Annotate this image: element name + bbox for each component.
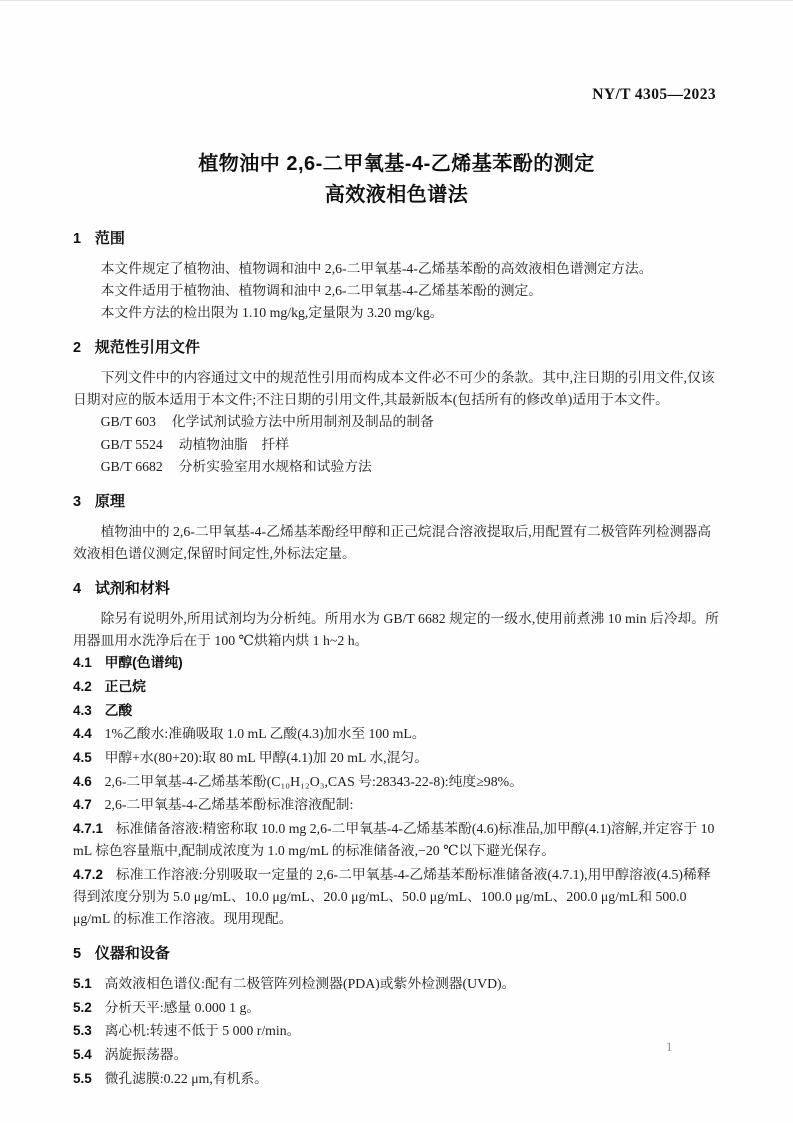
reference-code: GB/T 5524 bbox=[101, 437, 163, 452]
clause-text: 分析天平:感量 0.000 1 g。 bbox=[105, 1000, 261, 1015]
section-title: 规范性引用文件 bbox=[95, 339, 200, 356]
clause-item: 4.7.1标准储备溶液:精密称取 10.0 mg 2,6-二甲氧基-4-乙烯基苯… bbox=[73, 818, 723, 862]
clause-text: 2,6-二甲氧基-4-乙烯基苯酚标准溶液配制: bbox=[105, 797, 354, 812]
clause-item: 4.72,6-二甲氧基-4-乙烯基苯酚标准溶液配制: bbox=[73, 794, 723, 816]
clause-text: 标准工作溶液:分别吸取一定量的 2,6-二甲氧基-4-乙烯基苯酚标准储备液(4.… bbox=[73, 867, 711, 926]
section-number: 1 bbox=[73, 231, 81, 247]
reference-title: 化学试剂试验方法中所用制剂及制品的制备 bbox=[172, 414, 434, 429]
clause-number: 4.1 bbox=[73, 655, 92, 670]
clause-item: 4.2正己烷 bbox=[73, 676, 723, 698]
clause-number: 5.5 bbox=[73, 1071, 92, 1086]
clause-number: 4.7.2 bbox=[73, 867, 103, 882]
section-title: 仪器和设备 bbox=[95, 945, 170, 962]
clause-text: 标准储备溶液:精密称取 10.0 mg 2,6-二甲氧基-4-乙烯基苯酚(4.6… bbox=[73, 821, 714, 858]
paragraph: 除另有说明外,所用试剂均为分析纯。所用水为 GB/T 6682 规定的一级水,使… bbox=[73, 608, 723, 652]
clause-item: 4.1甲醇(色谱纯) bbox=[73, 652, 723, 674]
doc-content: 1范围本文件规定了植物油、植物调和油中 2,6-二甲氧基-4-乙烯基苯酚的高效液… bbox=[73, 218, 723, 1091]
clause-text: 乙酸 bbox=[105, 703, 133, 718]
reference-item: GB/T 6682分析实验室用水规格和试验方法 bbox=[73, 456, 723, 478]
clause-text: 高效液相色谱仪:配有二极管阵列检测器(PDA)或紫外检测器(UVD)。 bbox=[105, 976, 516, 991]
section-heading: 5仪器和设备 bbox=[73, 944, 723, 964]
standard-number: NY/T 4305—2023 bbox=[592, 86, 716, 104]
clause-text: 微孔滤膜:0.22 μm,有机系。 bbox=[105, 1071, 268, 1086]
document-page: NY/T 4305—2023 植物油中 2,6-二甲氧基-4-乙烯基苯酚的测定 … bbox=[0, 0, 793, 1123]
clause-number: 5.4 bbox=[73, 1047, 92, 1062]
clause-number: 4.7 bbox=[73, 797, 92, 812]
reference-title: 分析实验室用水规格和试验方法 bbox=[179, 459, 372, 474]
section-number: 3 bbox=[73, 494, 81, 510]
section-number: 4 bbox=[73, 581, 81, 597]
clause-number: 4.5 bbox=[73, 750, 92, 765]
reference-item: GB/T 603化学试剂试验方法中所用制剂及制品的制备 bbox=[73, 411, 723, 433]
section-heading: 3原理 bbox=[73, 492, 723, 512]
paragraph: 本文件方法的检出限为 1.10 mg/kg,定量限为 3.20 mg/kg。 bbox=[73, 302, 723, 324]
clause-item: 4.62,6-二甲氧基-4-乙烯基苯酚(C₁₀H₁₂O₃,CAS 号:28343… bbox=[73, 771, 723, 793]
clause-item: 5.1高效液相色谱仪:配有二极管阵列检测器(PDA)或紫外检测器(UVD)。 bbox=[73, 973, 723, 995]
clause-item: 4.7.2标准工作溶液:分别吸取一定量的 2,6-二甲氧基-4-乙烯基苯酚标准储… bbox=[73, 864, 723, 930]
section-title: 范围 bbox=[95, 230, 125, 247]
clause-text: 涡旋振荡器。 bbox=[105, 1047, 188, 1062]
reference-title: 动植物油脂 扦样 bbox=[179, 437, 289, 452]
clause-number: 5.3 bbox=[73, 1023, 92, 1038]
doc-title-line2: 高效液相色谱法 bbox=[0, 180, 793, 211]
clause-item: 5.5微孔滤膜:0.22 μm,有机系。 bbox=[73, 1068, 723, 1090]
clause-text: 甲醇+水(80+20):取 80 mL 甲醇(4.1)加 20 mL 水,混匀。 bbox=[105, 750, 428, 765]
clause-item: 4.41%乙酸水:准确吸取 1.0 mL 乙酸(4.3)加水至 100 mL。 bbox=[73, 723, 723, 745]
doc-title: 植物油中 2,6-二甲氧基-4-乙烯基苯酚的测定 高效液相色谱法 bbox=[0, 149, 793, 211]
section-heading: 4试剂和材料 bbox=[73, 579, 723, 599]
reference-code: GB/T 603 bbox=[101, 414, 156, 429]
paragraph: 本文件规定了植物油、植物调和油中 2,6-二甲氧基-4-乙烯基苯酚的高效液相色谱… bbox=[73, 258, 723, 280]
section-number: 2 bbox=[73, 340, 81, 356]
clause-text: 离心机:转速不低于 5 000 r/min。 bbox=[105, 1023, 301, 1038]
clause-number: 5.2 bbox=[73, 1000, 92, 1015]
doc-title-line1: 植物油中 2,6-二甲氧基-4-乙烯基苯酚的测定 bbox=[0, 149, 793, 180]
paragraph: 下列文件中的内容通过文中的规范性引用而构成本文件必不可少的条款。其中,注日期的引… bbox=[73, 367, 723, 411]
reference-item: GB/T 5524动植物油脂 扦样 bbox=[73, 434, 723, 456]
clause-text: 正己烷 bbox=[105, 679, 146, 694]
clause-number: 5.1 bbox=[73, 976, 92, 991]
clause-number: 4.7.1 bbox=[73, 821, 103, 836]
section-title: 试剂和材料 bbox=[95, 580, 170, 597]
clause-number: 4.3 bbox=[73, 703, 92, 718]
clause-text: 1%乙酸水:准确吸取 1.0 mL 乙酸(4.3)加水至 100 mL。 bbox=[105, 726, 426, 741]
paragraph: 本文件适用于植物油、植物调和油中 2,6-二甲氧基-4-乙烯基苯酚的测定。 bbox=[73, 280, 723, 302]
section-heading: 1范围 bbox=[73, 229, 723, 249]
clause-number: 4.2 bbox=[73, 679, 92, 694]
paragraph: 植物油中的 2,6-二甲氧基-4-乙烯基苯酚经甲醇和正己烷混合溶液提取后,用配置… bbox=[73, 521, 723, 565]
reference-code: GB/T 6682 bbox=[101, 459, 163, 474]
section-heading: 2规范性引用文件 bbox=[73, 338, 723, 358]
clause-item: 4.5甲醇+水(80+20):取 80 mL 甲醇(4.1)加 20 mL 水,… bbox=[73, 747, 723, 769]
clause-item: 5.2分析天平:感量 0.000 1 g。 bbox=[73, 997, 723, 1019]
section-number: 5 bbox=[73, 946, 81, 962]
page-number: 1 bbox=[666, 1039, 673, 1055]
clause-text: 2,6-二甲氧基-4-乙烯基苯酚(C₁₀H₁₂O₃,CAS 号:28343-22… bbox=[105, 774, 523, 789]
section-title: 原理 bbox=[95, 493, 125, 510]
clause-text: 甲醇(色谱纯) bbox=[105, 655, 183, 670]
clause-number: 4.6 bbox=[73, 774, 92, 789]
clause-number: 4.4 bbox=[73, 726, 92, 741]
clause-item: 4.3乙酸 bbox=[73, 700, 723, 722]
clause-item: 5.3离心机:转速不低于 5 000 r/min。 bbox=[73, 1020, 723, 1042]
clause-item: 5.4涡旋振荡器。 bbox=[73, 1044, 723, 1066]
